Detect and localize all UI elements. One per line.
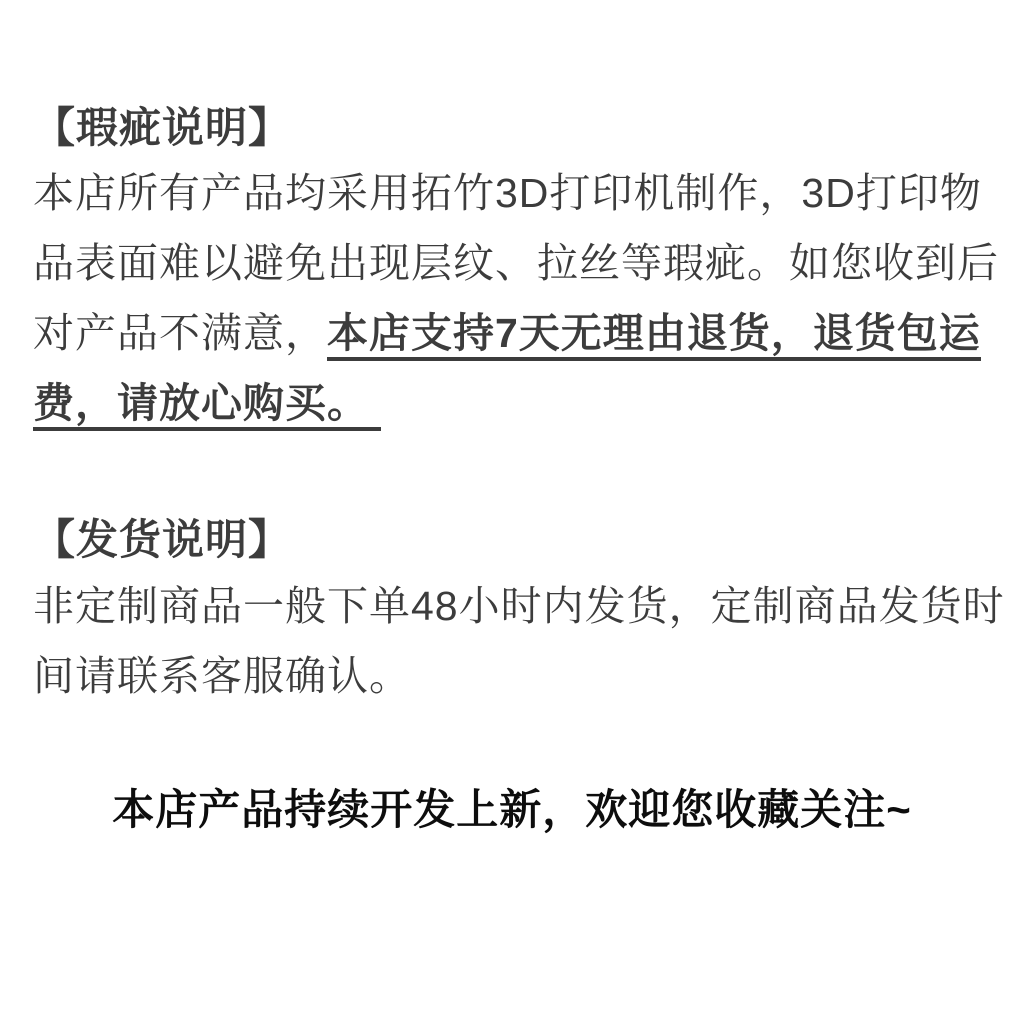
defect-line-2-wrap: 品表面难以避免出现层纹、拉丝等瑕疵。如您收到后	[33, 228, 996, 298]
product-notice-page: 【瑕疵说明】 本店所有产品均采用拓竹3D打印机制作，3D打印物 品表面难以避免出…	[0, 0, 1024, 1024]
shipping-section-paragraph: 非定制商品一般下单48小时内发货，定制商品发货时 间请联系客服确认。	[33, 571, 996, 711]
store-follow-note: 本店产品持续开发上新，欢迎您收藏关注~	[0, 775, 1024, 845]
defect-line-2: 品表面难以避免出现层纹、拉丝等瑕疵。如您收到后	[33, 240, 999, 286]
return-policy-emphasis-part1: 本店支持7天无理由退货，退货包运	[327, 310, 981, 361]
return-policy-emphasis-part2: 费，请放心购买。	[33, 380, 381, 431]
shipping-section-heading: 【发货说明】	[33, 510, 291, 570]
shipping-line-2: 间请联系客服确认。	[33, 641, 996, 711]
defect-line-3-wrap: 对产品不满意，本店支持7天无理由退货，退货包运	[33, 298, 996, 368]
defect-section-paragraph: 本店所有产品均采用拓竹3D打印机制作，3D打印物 品表面难以避免出现层纹、拉丝等…	[33, 158, 996, 438]
defect-line-1: 本店所有产品均采用拓竹3D打印机制作，3D打印物	[33, 158, 996, 228]
defect-section-heading: 【瑕疵说明】	[33, 98, 291, 158]
defect-line-4-wrap: 费，请放心购买。	[33, 368, 996, 438]
defect-line-3-regular: 对产品不满意，	[33, 310, 327, 356]
shipping-line-1: 非定制商品一般下单48小时内发货，定制商品发货时	[33, 571, 996, 641]
